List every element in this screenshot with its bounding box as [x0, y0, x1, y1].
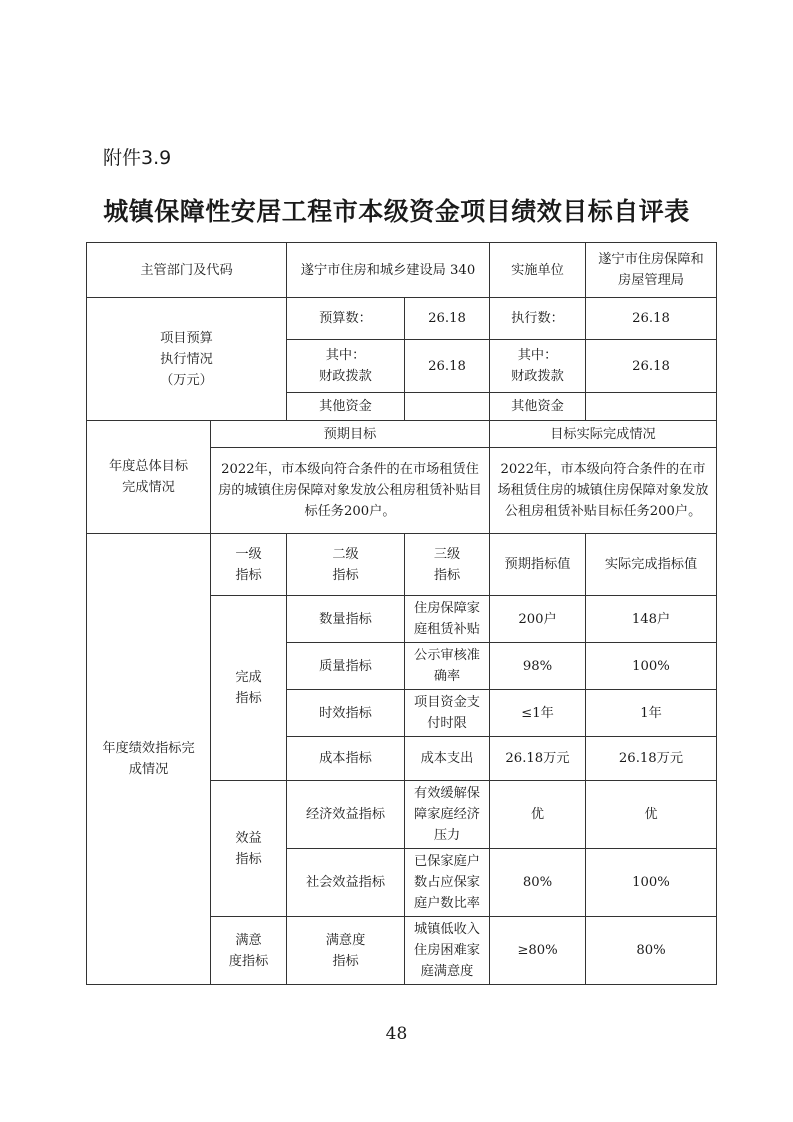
actual-value-cell: 100% — [586, 849, 717, 917]
fiscal-executed-value: 26.18 — [586, 340, 717, 393]
actual-value-cell: 148户 — [586, 596, 717, 643]
actual-value-cell: 80% — [586, 917, 717, 985]
expected-value-cell: ≥80% — [490, 917, 586, 985]
other-funds-label: 其他资金 — [287, 393, 405, 421]
performance-section-label: 年度绩效指标完 成情况 — [87, 534, 211, 985]
expected-value-cell: 80% — [490, 849, 586, 917]
self-evaluation-table: 主管部门及代码 遂宁市住房和城乡建设局 340 实施单位 遂宁市住房保障和房屋管… — [86, 242, 717, 985]
level2-header: 二级 指标 — [287, 534, 405, 596]
expected-value-cell: ≤1年 — [490, 690, 586, 737]
impl-label: 实施单位 — [490, 243, 586, 298]
actual-value-cell: 26.18万元 — [586, 737, 717, 781]
performance-header-row: 年度绩效指标完 成情况 一级 指标 二级 指标 三级 指标 预期指标值 实际完成… — [87, 534, 717, 596]
budget-amount-label: 预算数： — [287, 298, 405, 340]
level3-header: 三级 指标 — [405, 534, 490, 596]
header-row: 主管部门及代码 遂宁市住房和城乡建设局 340 实施单位 遂宁市住房保障和房屋管… — [87, 243, 717, 298]
level2-cell: 成本指标 — [287, 737, 405, 781]
level2-cell: 质量指标 — [287, 643, 405, 690]
expected-value-cell: 98% — [490, 643, 586, 690]
impl-value: 遂宁市住房保障和房屋管理局 — [586, 243, 717, 298]
other-funds-executed-label: 其他资金 — [490, 393, 586, 421]
fiscal-budget-value: 26.18 — [405, 340, 490, 393]
level2-cell: 社会效益指标 — [287, 849, 405, 917]
attachment-label: 附件3.9 — [103, 143, 171, 170]
fiscal-budget-label: 其中： 财政拨款 — [287, 340, 405, 393]
level3-cell: 住房保障家庭租赁补贴 — [405, 596, 490, 643]
level3-cell: 成本支出 — [405, 737, 490, 781]
actual-goal-header: 目标实际完成情况 — [490, 421, 717, 448]
level3-cell: 项目资金支付时限 — [405, 690, 490, 737]
expected-value-cell: 优 — [490, 781, 586, 849]
level2-cell: 时效指标 — [287, 690, 405, 737]
annual-goal-header-row: 年度总体目标 完成情况 预期目标 目标实际完成情况 — [87, 421, 717, 448]
actual-value-header: 实际完成指标值 — [586, 534, 717, 596]
executed-amount-value: 26.18 — [586, 298, 717, 340]
level2-cell: 满意度 指标 — [287, 917, 405, 985]
expected-value-cell: 26.18万元 — [490, 737, 586, 781]
other-funds-executed-value — [586, 393, 717, 421]
executed-amount-label: 执行数： — [490, 298, 586, 340]
level3-cell: 城镇低收入住房困难家庭满意度 — [405, 917, 490, 985]
level2-cell: 经济效益指标 — [287, 781, 405, 849]
actual-goal-text: 2022年，市本级向符合条件的在市场租赁住房的城镇住房保障对象发放公租房租赁补贴… — [490, 448, 717, 534]
dept-value: 遂宁市住房和城乡建设局 340 — [287, 243, 490, 298]
level3-cell: 有效缓解保障家庭经济压力 — [405, 781, 490, 849]
budget-amount-value: 26.18 — [405, 298, 490, 340]
level1-completion: 完成 指标 — [211, 596, 287, 781]
level1-header: 一级 指标 — [211, 534, 287, 596]
level1-satisfaction: 满意 度指标 — [211, 917, 287, 985]
annual-goal-section-label: 年度总体目标 完成情况 — [87, 421, 211, 534]
expected-goal-text: 2022年，市本级向符合条件的在市场租赁住房的城镇住房保障对象发放公租房租赁补贴… — [211, 448, 490, 534]
page-number: 48 — [0, 1024, 793, 1044]
expected-goal-header: 预期目标 — [211, 421, 490, 448]
budget-row: 项目预算 执行情况 （万元） 预算数： 26.18 执行数： 26.18 — [87, 298, 717, 340]
actual-value-cell: 优 — [586, 781, 717, 849]
level3-cell: 已保家庭户数占应保家庭户数比率 — [405, 849, 490, 917]
expected-value-cell: 200户 — [490, 596, 586, 643]
level1-benefit: 效益 指标 — [211, 781, 287, 917]
other-funds-value — [405, 393, 490, 421]
actual-value-cell: 1年 — [586, 690, 717, 737]
expected-value-header: 预期指标值 — [490, 534, 586, 596]
budget-section-label: 项目预算 执行情况 （万元） — [87, 298, 287, 421]
level3-cell: 公示审核准确率 — [405, 643, 490, 690]
actual-value-cell: 100% — [586, 643, 717, 690]
page-title: 城镇保障性安居工程市本级资金项目绩效目标自评表 — [0, 192, 793, 228]
level2-cell: 数量指标 — [287, 596, 405, 643]
fiscal-executed-label: 其中： 财政拨款 — [490, 340, 586, 393]
dept-label: 主管部门及代码 — [87, 243, 287, 298]
